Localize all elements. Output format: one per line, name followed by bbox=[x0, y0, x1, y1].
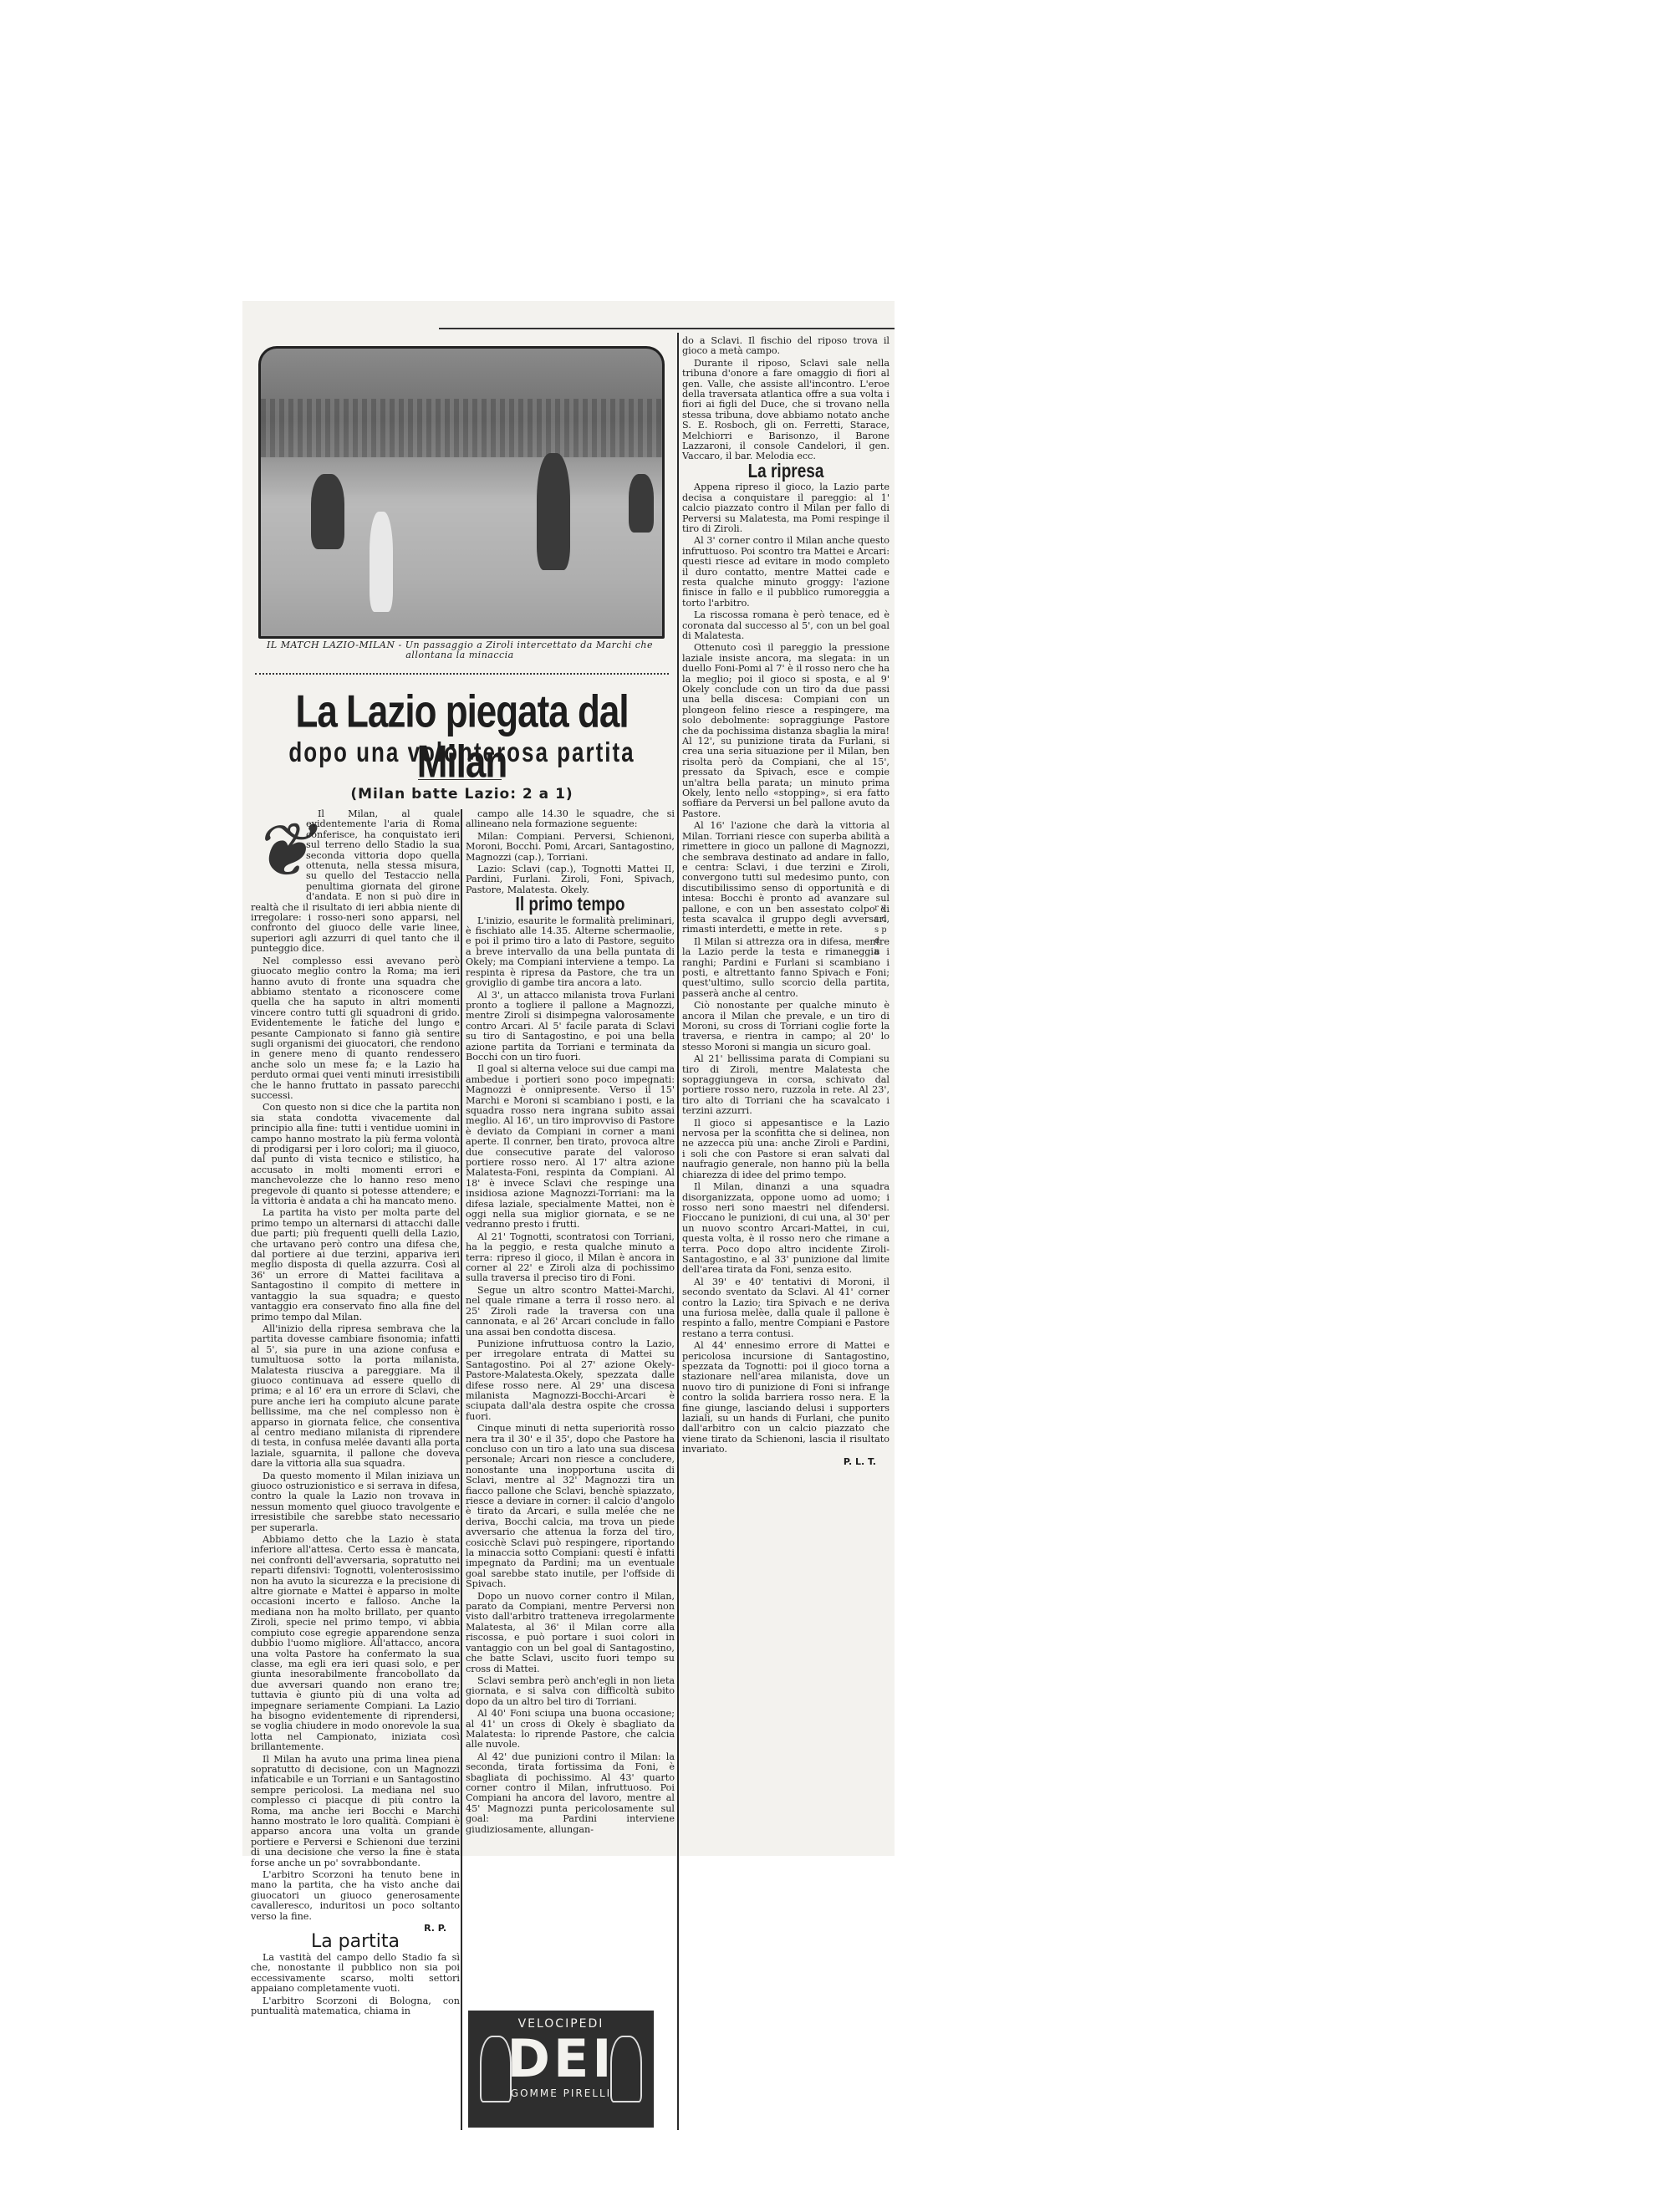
photo-caption: IL MATCH LAZIO-MILAN - Un passaggio a Zi… bbox=[251, 640, 669, 660]
paragraph: Durante il riposo, Sclavi sale nella tri… bbox=[682, 359, 890, 462]
velocipedi-dei-advertisement: VELOCIPEDI DEI GOMME PIRELLI bbox=[468, 2011, 654, 2128]
paragraph: Al 40' Foni sciupa una buona occasione; … bbox=[466, 1709, 675, 1751]
author-signature: P. L. T. bbox=[682, 1457, 890, 1467]
player-figure bbox=[629, 474, 654, 533]
player-figure bbox=[311, 474, 344, 549]
paragraph: Al 3' corner contro il Milan anche quest… bbox=[682, 536, 890, 609]
paragraph: Al 21' Tognotti, scontratosi con Torrian… bbox=[466, 1232, 675, 1284]
paragraph: Il goal si alterna veloce sui due campi … bbox=[466, 1064, 675, 1231]
paragraph: Al 21' bellissima parata di Compiani su … bbox=[682, 1054, 890, 1116]
article-column-1: ❦ Il Milan, al quale evidentemente l'ari… bbox=[251, 809, 460, 2016]
paragraph: L'arbitro Scorzoni ha tenuto bene in man… bbox=[251, 1870, 460, 1922]
paragraph: All'inizio della ripresa sembrava che la… bbox=[251, 1324, 460, 1470]
paragraph: Abbiamo detto che la Lazio è stata infer… bbox=[251, 1535, 460, 1753]
paragraph: Ottenuto così il pareggio la pressione l… bbox=[682, 643, 890, 819]
subheadline: dopo una volonterosa partita bbox=[251, 736, 673, 769]
player-figure bbox=[537, 453, 570, 570]
paragraph: Al 42' due punizioni contro il Milan: la… bbox=[466, 1752, 675, 1835]
paragraph: Il Milan, dinanzi a una squadra disorgan… bbox=[682, 1182, 890, 1276]
paragraph: La riscossa romana è però tenace, ed è c… bbox=[682, 610, 890, 641]
player-figure bbox=[370, 512, 393, 612]
paragraph: Punizione infruttuosa contro la Lazio, p… bbox=[466, 1339, 675, 1422]
clipped-adjacent-column: r v s d s p d n bbox=[874, 903, 888, 957]
paragraph: Segue un altro scontro Mattei-Marchi, ne… bbox=[466, 1286, 675, 1338]
top-rule bbox=[439, 328, 895, 329]
divider bbox=[255, 673, 669, 678]
match-photo bbox=[258, 346, 665, 639]
paragraph: Da questo momento il Milan iniziava un g… bbox=[251, 1471, 460, 1533]
cyclist-icon bbox=[480, 2036, 512, 2102]
paragraph: campo alle 14.30 le squadre, che si alli… bbox=[466, 809, 675, 830]
paragraph: Al 16' l'azione che darà la vittoria al … bbox=[682, 821, 890, 935]
section-title-la-partita: La partita bbox=[251, 1937, 460, 1947]
lineup-milan: Milan: Compiani. Perversi, Schienoni, Mo… bbox=[466, 832, 675, 863]
paragraph: Al 44' ennesimo errore di Mattei e peric… bbox=[682, 1341, 890, 1455]
paragraph: Al 3', un attacco milanista trova Furlan… bbox=[466, 991, 675, 1063]
lineup-lazio: Lazio: Sclavi (cap.), Tognotti Mattei II… bbox=[466, 864, 675, 895]
paragraph: Ciò nonostante per qualche minuto è anco… bbox=[682, 1001, 890, 1052]
column-rule bbox=[461, 809, 462, 2130]
paragraph: Cinque minuti di netta superiorità rosso… bbox=[466, 1424, 675, 1590]
article-column-3: do a Sclavi. Il fischio del riposo trova… bbox=[682, 336, 890, 1467]
divider bbox=[418, 779, 502, 780]
section-title-la-ripresa: La ripresa bbox=[682, 466, 890, 479]
paragraph: Nel complesso essi avevano però giuocato… bbox=[251, 956, 460, 1102]
paragraph: Con questo non si dice che la partita no… bbox=[251, 1103, 460, 1206]
section-title-primo-tempo: Il primo tempo bbox=[466, 900, 675, 912]
paragraph: La partita ha visto per molta parte del … bbox=[251, 1208, 460, 1322]
paragraph: Il Milan si attrezza ora in difesa, ment… bbox=[682, 937, 890, 999]
paragraph: La vastità del campo dello Stadio fa sì … bbox=[251, 1953, 460, 1995]
paragraph: Sclavi sembra però anch'egli in non liet… bbox=[466, 1676, 675, 1707]
paragraph: Al 39' e 40' tentativi di Moroni, il sec… bbox=[682, 1277, 890, 1339]
paragraph: Dopo un nuovo corner contro il Milan, pa… bbox=[466, 1592, 675, 1674]
cyclist-icon bbox=[610, 2036, 642, 2102]
paragraph: Appena ripreso il gioco, la Lazio parte … bbox=[682, 482, 890, 534]
paragraph: L'inizio, esaurite le formalità prelimin… bbox=[466, 916, 675, 989]
column-rule bbox=[677, 333, 679, 2130]
paragraph: Il gioco si appesantisce e la Lazio nerv… bbox=[682, 1119, 890, 1180]
score-line: (Milan batte Lazio: 2 a 1) bbox=[251, 786, 673, 803]
paragraph: L'arbitro Scorzoni di Bologna, con puntu… bbox=[251, 1996, 460, 2017]
paragraph: Il Milan ha avuto una prima linea piena … bbox=[251, 1755, 460, 1868]
paragraph: do a Sclavi. Il fischio del riposo trova… bbox=[682, 336, 890, 357]
article-column-2: campo alle 14.30 le squadre, che si alli… bbox=[466, 809, 675, 1835]
crowd-stands bbox=[261, 399, 662, 457]
decorative-drop-cap-icon: ❦ bbox=[251, 809, 301, 900]
